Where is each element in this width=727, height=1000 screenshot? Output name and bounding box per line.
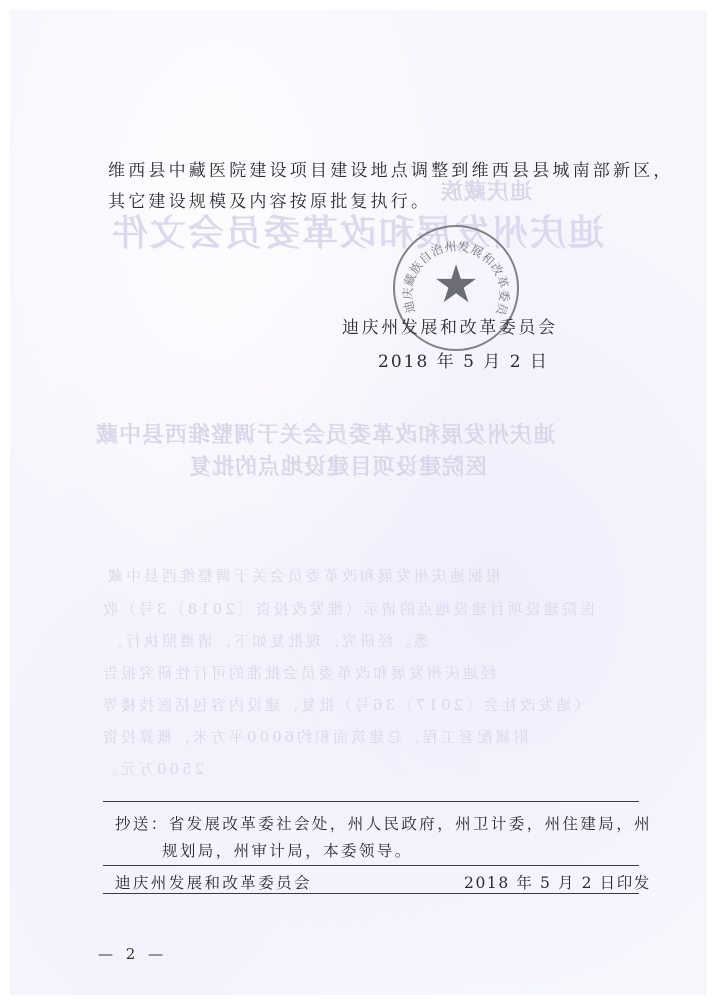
body-paragraph-line: 其它建设规模及内容按原批复执行。 bbox=[108, 187, 431, 212]
show-through-body-4: 经迪庆州发展和改革委员会批准的可行性研究报告 bbox=[100, 662, 496, 683]
divider bbox=[103, 865, 639, 866]
body-paragraph-line: 维西县中藏医院建设项目建设地点调整到维西县县城南部新区， bbox=[108, 156, 674, 181]
show-through-body-2: 医院建设项目建设地点的请示（维发改投资〔2018〕3号）收 bbox=[100, 598, 595, 619]
signature-organization: 迪庆州发展和改革委员会 bbox=[342, 313, 558, 338]
issuer-organization: 迪庆州发展和改革委员会 bbox=[115, 871, 312, 893]
show-through-body-3: 悉。经研究，现批复如下，请遵照执行。 bbox=[105, 630, 429, 651]
copy-to-line: 抄送：省发展改革委社会处，州人民政府，州卫计委，州住建局，州 bbox=[115, 812, 652, 834]
show-through-title-line-1: 迪庆州发展和改革委员会关于调整维西县中藏 bbox=[95, 418, 555, 449]
copy-to-line: 规划局，州审计局，本委领导。 bbox=[162, 839, 413, 861]
star-icon: ★ bbox=[429, 259, 483, 311]
show-through-header-title: 迪庆州发展和改革委员会文件 bbox=[110, 205, 604, 256]
show-through-body-1: 根据迪庆州发展和改革委员会关于调整维西县中藏 bbox=[105, 565, 501, 586]
show-through-body-6: 附属配套工程，总建筑面积约6000平方米，概算投资 bbox=[100, 726, 528, 747]
show-through-title-line-2: 医院建设项目建设地点的批复 bbox=[188, 450, 487, 481]
signature-date: 2018 年 5 月 2 日 bbox=[378, 347, 549, 372]
issue-date: 2018 年 5 月 2 日印发 bbox=[464, 871, 651, 893]
show-through-body-7: 2500万元。 bbox=[100, 758, 204, 779]
show-through-body-5: （迪发改社会〔2017〕36号）批复，建设内容包括医技楼等 bbox=[100, 694, 589, 715]
document-page: 迪庆藏族 迪庆州发展和改革委员会文件 迪庆州发展和改革委员会关于调整维西县中藏 … bbox=[10, 10, 706, 995]
divider bbox=[103, 893, 639, 894]
page-number: — 2 — bbox=[98, 945, 167, 963]
divider bbox=[103, 801, 639, 802]
